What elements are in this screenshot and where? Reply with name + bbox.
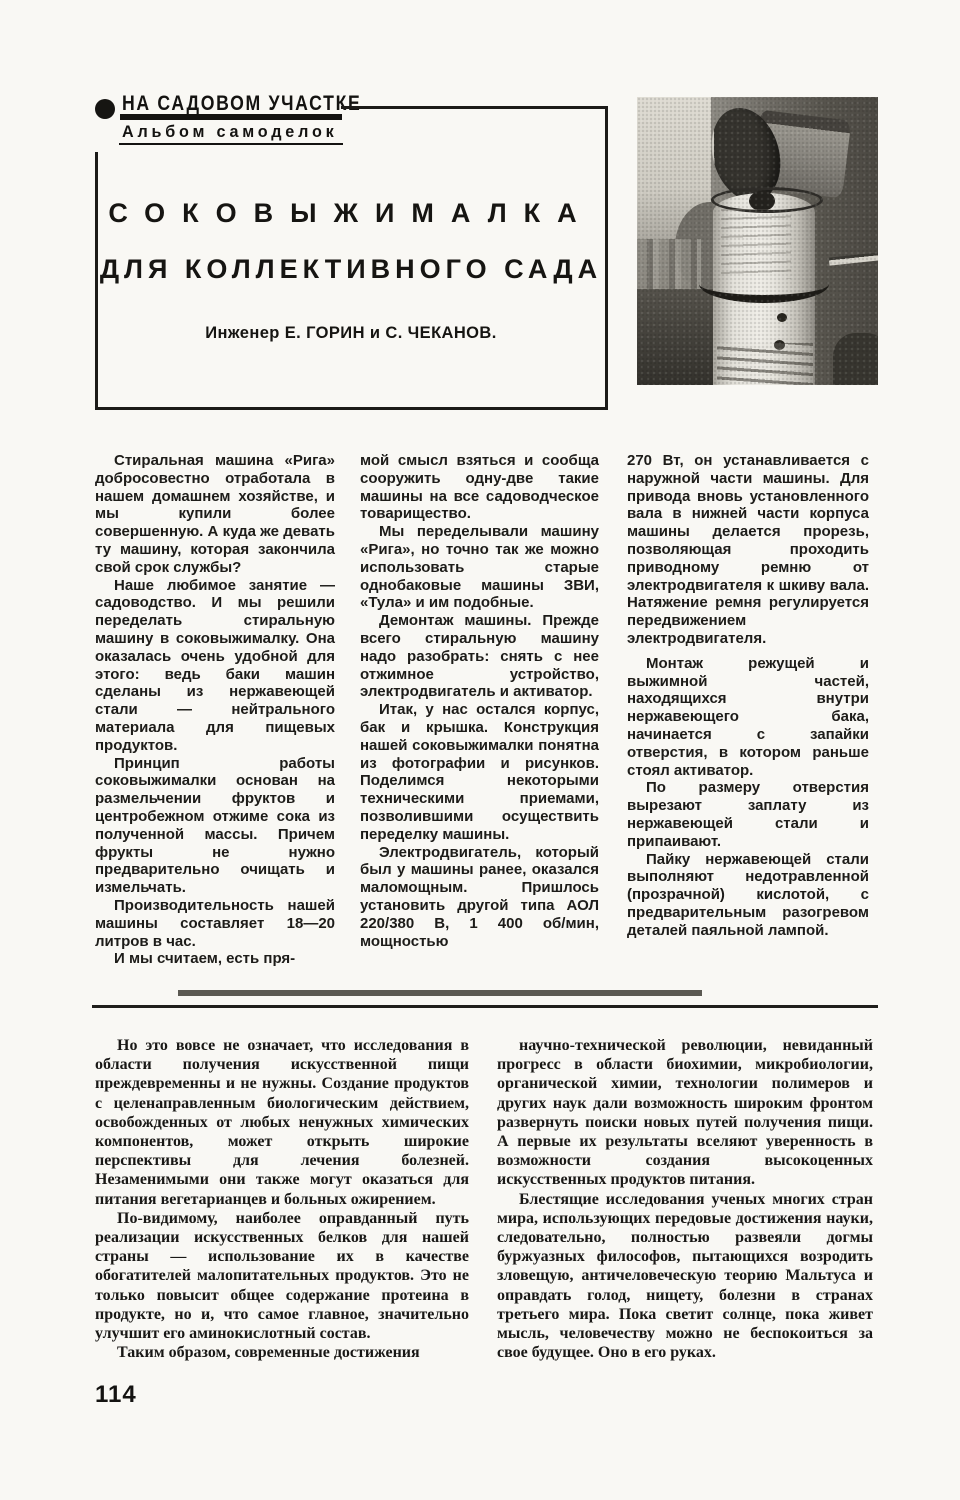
paragraph: Электродвигатель, который был у машины р… — [360, 844, 599, 951]
paragraph: Наше любимое занятие — садоводство. И мы… — [95, 577, 335, 755]
paragraph: Таким образом, современные достижения — [95, 1343, 469, 1362]
top-article-column-1: Стиральная машина «Рига» добросовестно о… — [95, 452, 335, 968]
paragraph: По-видимому, наиболее оправданный путь р… — [95, 1209, 469, 1343]
title-box-border-right — [605, 106, 608, 410]
paragraph: мой смысл взяться и сообща сооружить одн… — [360, 452, 599, 523]
subrubric-title: Альбом самоделок — [122, 122, 337, 142]
article-photo — [637, 97, 878, 385]
article-title-line1: СОКОВЫЖИМАЛКА — [97, 198, 605, 229]
paragraph: Монтаж режущей и выжимной частей, находя… — [627, 655, 869, 780]
paragraph: И мы считаем, есть пря- — [95, 950, 335, 968]
paragraph: Принцип работы соковыжималки основан на … — [95, 755, 335, 897]
section-divider-rule — [92, 1005, 878, 1008]
bottom-article-column-2: научно-технической революции, невиданный… — [497, 1036, 873, 1362]
paragraph: По размеру отверстия вырезают заплату из… — [627, 779, 869, 850]
rubric-title: НА САДОВОМ УЧАСТКЕ — [122, 92, 361, 116]
page-number: 114 — [95, 1381, 137, 1409]
paragraph: Блестящие исследования ученых многих стр… — [497, 1190, 873, 1363]
article-title-line2: ДЛЯ КОЛЛЕКТИВНОГО САДА — [97, 254, 605, 285]
article-byline: Инженер Е. ГОРИН и С. ЧЕКАНОВ. — [97, 324, 605, 343]
paragraph: Итак, у нас остался корпус, бак и крышка… — [360, 701, 599, 843]
paragraph: научно-технической революции, невиданный… — [497, 1036, 873, 1190]
paragraph: Производительность нашей машины составля… — [95, 897, 335, 950]
section-bullet-icon — [95, 99, 115, 119]
title-box-border-bottom — [95, 407, 608, 410]
magazine-page: { "colors": { "paper": "#f9f8f4", "ink":… — [0, 0, 960, 1500]
section-divider-accent — [178, 990, 702, 996]
top-article-column-3: 270 Вт, он устанавливается с наружной ча… — [627, 452, 869, 940]
title-box-border-top — [341, 106, 607, 109]
paragraph: Стиральная машина «Рига» добросовестно о… — [95, 452, 335, 577]
subrubric-underline — [119, 143, 343, 145]
paragraph: Мы переделывали машину «Рига», но точно … — [360, 523, 599, 612]
photo-grain-overlay — [637, 97, 878, 385]
paragraph: Пайку нержавеющей стали выполняют недотр… — [627, 851, 869, 940]
paragraph: Демонтаж машины. Прежде всего стиральную… — [360, 612, 599, 701]
paragraph: 270 Вт, он устанавливается с наружной ча… — [627, 452, 869, 648]
top-article-column-2: мой смысл взяться и сообща сооружить одн… — [360, 452, 599, 950]
rubric-underline — [120, 114, 342, 120]
paragraph: Но это вовсе не означает, что исследован… — [95, 1036, 469, 1209]
bottom-article-column-1: Но это вовсе не означает, что исследован… — [95, 1036, 469, 1362]
